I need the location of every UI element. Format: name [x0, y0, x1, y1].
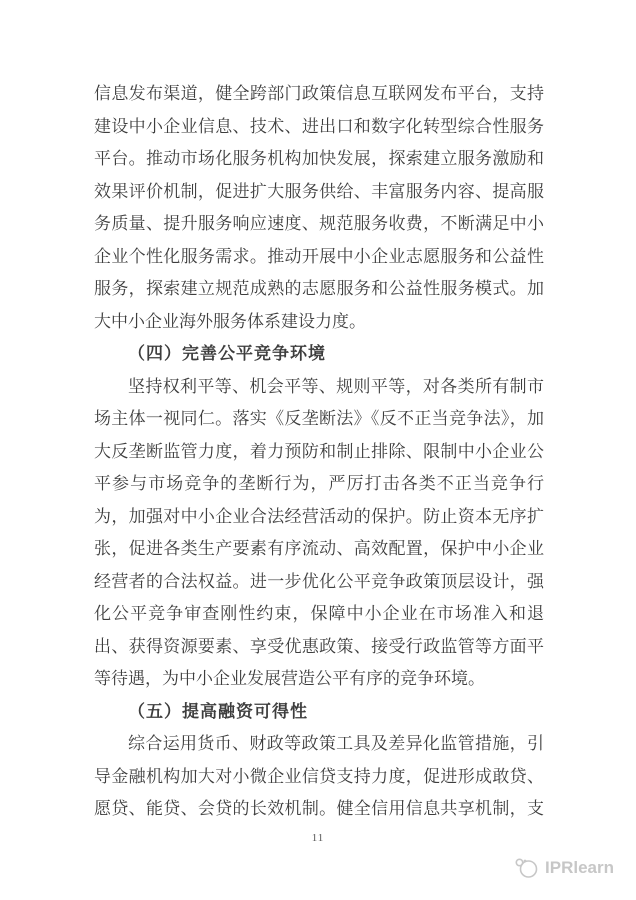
text-line: 信息发布渠道，健全跨部门政策信息互联网发布平台，支持 — [94, 78, 544, 111]
text-line: 服务，探索建立规范成熟的志愿服务和公益性服务模式。加 — [94, 273, 544, 306]
iprlearn-logo-icon — [514, 856, 540, 880]
text-line: 场主体一视同仁。落实《反垄断法》《反不正当竞争法》，加 — [94, 403, 544, 436]
text-line: 平台。推动市场化服务机构加快发展，探索建立服务激励和 — [94, 143, 544, 176]
text-line: 张，促进各类生产要素有序流动、高效配置，保护中小企业 — [94, 533, 544, 566]
text-line: 化公平竞争审查刚性约束，保障中小企业在市场准入和退 — [94, 598, 544, 631]
section-heading-5: （五）提高融资可得性 — [94, 696, 544, 729]
text-line: 企业个性化服务需求。推动开展中小企业志愿服务和公益性 — [94, 241, 544, 274]
text-line: 效果评价机制，促进扩大服务供给、丰富服务内容、提高服 — [94, 176, 544, 209]
section-heading-4: （四）完善公平竞争环境 — [94, 338, 544, 371]
document-page: 信息发布渠道，健全跨部门政策信息互联网发布平台，支持 建设中小企业信息、技术、进… — [0, 0, 636, 900]
text-line: 务质量、提升服务响应速度、规范服务收费，不断满足中小 — [94, 208, 544, 241]
text-line: 建设中小企业信息、技术、进出口和数字化转型综合性服务 — [94, 111, 544, 144]
page-number: 11 — [0, 832, 636, 844]
text-line: 大反垄断监管力度，着力预防和制止排除、限制中小企业公 — [94, 436, 544, 469]
text-line: 平参与市场竞争的垄断行为，严厉打击各类不正当竞争行 — [94, 468, 544, 501]
watermark: IPRlearn — [514, 856, 614, 880]
text-line: 愿贷、能贷、会贷的长效机制。健全信用信息共享机制，支 — [94, 793, 544, 826]
text-line: 坚持权利平等、机会平等、规则平等，对各类所有制市 — [94, 371, 544, 404]
text-line: 出、获得资源要素、享受优惠政策、接受行政监管等方面平 — [94, 631, 544, 664]
text-column: 信息发布渠道，健全跨部门政策信息互联网发布平台，支持 建设中小企业信息、技术、进… — [94, 78, 544, 826]
text-line: 等待遇，为中小企业发展营造公平有序的竞争环境。 — [94, 663, 544, 696]
text-line: 综合运用货币、财政等政策工具及差异化监管措施，引 — [94, 728, 544, 761]
text-line: 导金融机构加大对小微企业信贷支持力度，促进形成敢贷、 — [94, 761, 544, 794]
watermark-label: IPRlearn — [545, 858, 614, 878]
text-line: 大中小企业海外服务体系建设力度。 — [94, 306, 544, 339]
text-line: 为，加强对中小企业合法经营活动的保护。防止资本无序扩 — [94, 501, 544, 534]
text-line: 经营者的合法权益。进一步优化公平竞争政策顶层设计，强 — [94, 566, 544, 599]
